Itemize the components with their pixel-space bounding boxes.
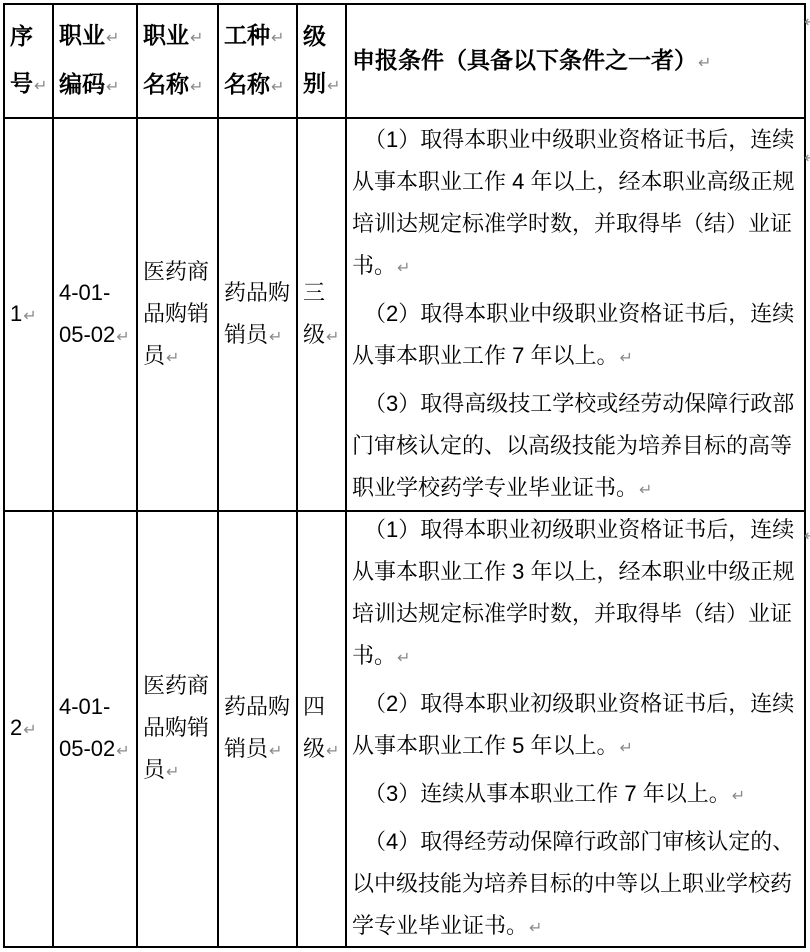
return-mark-icon: ↵ — [166, 348, 179, 367]
row1-occupation-text1: 医药商 — [143, 259, 209, 284]
return-mark-icon: ↵ — [639, 480, 652, 499]
row1-level-line2: 级↵ — [303, 314, 339, 358]
row2-code-line2: 05-02↵ — [59, 728, 130, 772]
return-mark-icon: ↵ — [619, 348, 632, 367]
return-mark-icon: ↵ — [106, 28, 119, 47]
return-mark-icon: ↵ — [271, 28, 284, 47]
row1-code-text2: 05-02 — [59, 322, 115, 347]
header-conditions-line: 申报条件（具备以下条件之一者）↵ — [352, 37, 711, 86]
return-mark-icon: ↵ — [190, 28, 203, 47]
qualification-table: 序 号↵ 职业↵ 编码↵ 职业↵ 名称↵ 工种↵ 名称↵ 级 别↵ 申报条件（具… — [3, 3, 806, 948]
row2-occupation-line2: 品购销 — [143, 707, 209, 749]
return-mark-icon: ↵ — [326, 741, 339, 760]
row2-condition3-text: （3）连续从事本职业工作 7 年以上。 — [364, 781, 731, 806]
row2-code-text1: 4-01- — [59, 694, 110, 719]
return-mark-icon: ↵ — [529, 918, 542, 937]
row1-code-text1: 4-01- — [59, 280, 110, 305]
return-mark-icon: ↵ — [397, 258, 410, 277]
row2-trade-line1: 药品购 — [224, 686, 290, 728]
row2-seq-line: 2↵ — [10, 707, 37, 751]
header-seq-text1: 序 — [10, 23, 33, 49]
row1-level-text1: 三 — [303, 280, 325, 305]
row1-code-line2: 05-02↵ — [59, 314, 130, 358]
row-end-mark-icon: ↵ — [804, 148, 810, 167]
return-mark-icon: ↵ — [732, 786, 745, 805]
header-occupation-line2: 名称↵ — [143, 61, 203, 110]
header-code-text2: 编码 — [59, 71, 105, 97]
row2-cell-occupation: 医药商 品购销 员↵ — [138, 512, 219, 946]
return-mark-icon: ↵ — [166, 762, 179, 781]
return-mark-icon: ↵ — [116, 741, 129, 760]
row1-occupation-text3: 员 — [143, 343, 165, 368]
header-cell-code: 职业↵ 编码↵ — [54, 5, 138, 119]
condition-paragraph: （2）取得本职业中级职业资格证书后，连续从事本职业工作 7 年以上。↵ — [352, 293, 804, 379]
row2-level-text1: 四 — [303, 694, 325, 719]
return-mark-icon: ↵ — [326, 327, 339, 346]
header-occupation-line1: 职业↵ — [143, 12, 203, 61]
row1-trade-text2: 销员 — [224, 322, 268, 347]
row2-level-text2: 级 — [303, 736, 325, 761]
header-trade-text2: 名称 — [224, 71, 270, 97]
row2-cell-seq: 2↵ — [5, 512, 54, 946]
return-mark-icon: ↵ — [106, 77, 119, 96]
header-seq-text2: 号 — [10, 70, 33, 96]
row1-trade-line2: 销员↵ — [224, 314, 282, 358]
condition-paragraph: （1）取得本职业初级职业资格证书后，连续从事本职业工作 3 年以上，经本职业中级… — [352, 512, 804, 679]
return-mark-icon: ↵ — [271, 77, 284, 96]
document-page: { "marks": { "return": "↵" }, "header": … — [0, 0, 810, 952]
row2-trade-line2: 销员↵ — [224, 728, 282, 772]
row-end-mark-icon: ↵ — [804, 12, 810, 31]
condition-paragraph: （4）取得经劳动保障行政部门审核认定的、以中级技能为培养目标的中等以上职业学校药… — [352, 821, 804, 946]
header-occupation-text2: 名称 — [143, 71, 189, 97]
row2-code-line1: 4-01- — [59, 686, 110, 728]
row1-occupation-line2: 品购销 — [143, 293, 209, 335]
row1-condition2-text: （2）取得本职业中级职业资格证书后，连续从事本职业工作 7 年以上。 — [352, 301, 794, 368]
row1-seq-text: 1 — [10, 301, 22, 326]
header-seq-line2: 号↵ — [10, 60, 47, 109]
row2-condition4-text: （4）取得经劳动保障行政部门审核认定的、以中级技能为培养目标的中等以上职业学校药… — [352, 829, 794, 938]
header-occupation-text1: 职业 — [143, 22, 189, 48]
header-cell-occupation: 职业↵ 名称↵ — [138, 5, 219, 119]
condition-paragraph: （3）取得高级技工学校或经劳动保障行政部门审核认定的、以高级技能为培养目标的高等… — [352, 383, 804, 511]
row1-trade-text1: 药品购 — [224, 280, 290, 305]
row2-level-line2: 级↵ — [303, 728, 339, 772]
row2-occupation-text3: 员 — [143, 757, 165, 782]
header-level-line2: 别↵ — [303, 60, 340, 109]
header-code-line2: 编码↵ — [59, 61, 119, 110]
row1-cell-code: 4-01- 05-02↵ — [54, 119, 138, 512]
condition-paragraph: （3）连续从事本职业工作 7 年以上。↵ — [352, 773, 745, 817]
row1-cell-conditions: （1）取得本职业中级职业资格证书后，连续从事本职业工作 4 年以上，经本职业高级… — [347, 119, 804, 512]
row1-occupation-text2: 品购销 — [143, 301, 209, 326]
condition-paragraph: （2）取得本职业初级职业资格证书后，连续从事本职业工作 5 年以上。↵ — [352, 683, 804, 769]
row1-level-line1: 三 — [303, 272, 325, 314]
row1-occupation-line1: 医药商 — [143, 251, 209, 293]
return-mark-icon: ↵ — [327, 76, 340, 95]
row2-occupation-text1: 医药商 — [143, 673, 209, 698]
row2-condition1-text: （1）取得本职业初级职业资格证书后，连续从事本职业工作 3 年以上，经本职业中级… — [352, 517, 794, 668]
row1-cell-occupation: 医药商 品购销 员↵ — [138, 119, 219, 512]
row2-occupation-text2: 品购销 — [143, 715, 209, 740]
return-mark-icon: ↵ — [23, 720, 36, 739]
row1-cell-level: 三 级↵ — [298, 119, 347, 512]
row1-level-text2: 级 — [303, 322, 325, 347]
condition-paragraph: （1）取得本职业中级职业资格证书后，连续从事本职业工作 4 年以上，经本职业高级… — [352, 119, 804, 289]
return-mark-icon: ↵ — [116, 327, 129, 346]
header-level-line1: 级 — [303, 13, 326, 60]
row2-condition2-text: （2）取得本职业初级职业资格证书后，连续从事本职业工作 5 年以上。 — [352, 691, 794, 758]
header-code-line1: 职业↵ — [59, 12, 119, 61]
row2-cell-trade: 药品购 销员↵ — [219, 512, 298, 946]
row1-cell-seq: 1↵ — [5, 119, 54, 512]
row1-code-line1: 4-01- — [59, 272, 110, 314]
header-code-text1: 职业 — [59, 22, 105, 48]
return-mark-icon: ↵ — [190, 77, 203, 96]
row1-occupation-line3: 员↵ — [143, 335, 179, 379]
row2-occupation-line3: 员↵ — [143, 749, 179, 793]
row2-occupation-line1: 医药商 — [143, 665, 209, 707]
return-mark-icon: ↵ — [269, 741, 282, 760]
header-trade-line1: 工种↵ — [224, 12, 284, 61]
header-level-text2: 别 — [303, 70, 326, 96]
header-cell-level: 级 别↵ — [298, 5, 347, 119]
header-level-text1: 级 — [303, 23, 326, 49]
row2-code-text2: 05-02 — [59, 736, 115, 761]
header-cell-conditions: 申报条件（具备以下条件之一者）↵ — [347, 5, 804, 119]
return-mark-icon: ↵ — [698, 53, 711, 72]
return-mark-icon: ↵ — [619, 738, 632, 757]
row2-level-line1: 四 — [303, 686, 325, 728]
row1-condition3-text: （3）取得高级技工学校或经劳动保障行政部门审核认定的、以高级技能为培养目标的高等… — [352, 391, 794, 500]
header-trade-text1: 工种 — [224, 22, 270, 48]
row1-trade-line1: 药品购 — [224, 272, 290, 314]
row1-cell-trade: 药品购 销员↵ — [219, 119, 298, 512]
row2-seq-text: 2 — [10, 715, 22, 740]
return-mark-icon: ↵ — [34, 76, 47, 95]
return-mark-icon: ↵ — [269, 327, 282, 346]
return-mark-icon: ↵ — [23, 306, 36, 325]
header-conditions-text: 申报条件（具备以下条件之一者） — [352, 47, 697, 73]
row2-cell-code: 4-01- 05-02↵ — [54, 512, 138, 946]
header-trade-line2: 名称↵ — [224, 61, 284, 110]
row2-trade-text1: 药品购 — [224, 694, 290, 719]
row2-trade-text2: 销员 — [224, 736, 268, 761]
header-seq-line1: 序 — [10, 13, 33, 60]
row1-condition1-text: （1）取得本职业中级职业资格证书后，连续从事本职业工作 4 年以上，经本职业高级… — [352, 127, 794, 278]
row1-seq-line: 1↵ — [10, 293, 37, 337]
row2-cell-level: 四 级↵ — [298, 512, 347, 946]
row-end-mark-icon: ↵ — [804, 526, 810, 545]
header-cell-trade: 工种↵ 名称↵ — [219, 5, 298, 119]
header-cell-seq: 序 号↵ — [5, 5, 54, 119]
row2-cell-conditions: （1）取得本职业初级职业资格证书后，连续从事本职业工作 3 年以上，经本职业中级… — [347, 512, 804, 946]
return-mark-icon: ↵ — [397, 648, 410, 667]
